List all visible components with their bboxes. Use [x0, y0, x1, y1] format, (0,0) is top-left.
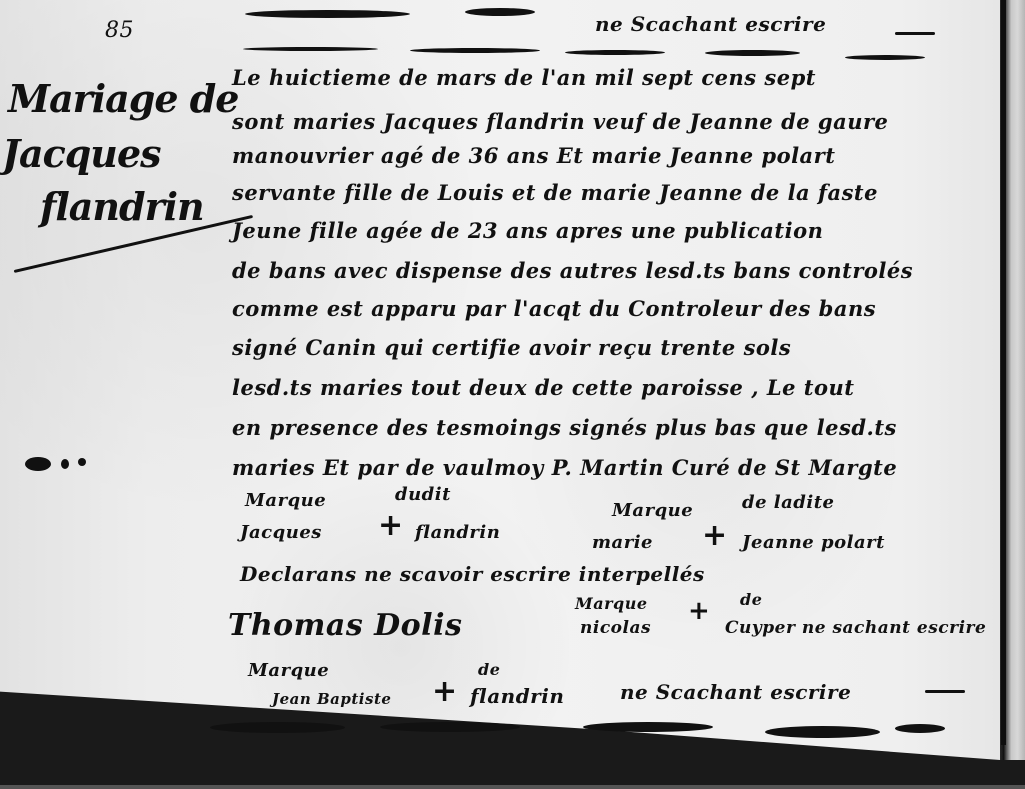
bride-last-name: Jeanne polart: [742, 532, 885, 553]
closing-dash: [210, 722, 345, 733]
closing-dash: [583, 722, 713, 732]
ink-blot: [25, 457, 51, 471]
margin-title-line-3: flandrin: [40, 188, 204, 226]
binding-edge: [1001, 0, 1006, 745]
separator-dash: [245, 10, 410, 18]
record-line: manouvrier agé de 36 ans Et marie Jeanne…: [232, 143, 835, 168]
witness-signature: Thomas Dolis: [228, 608, 462, 643]
separator-dash: [565, 50, 665, 55]
groom-first-name: Jacques: [240, 522, 322, 543]
bride-mark-label: Marque: [612, 500, 693, 521]
witness-2-cross-mark: +: [688, 596, 710, 626]
witness-2-mark-label: Marque: [575, 594, 648, 613]
witness-3-cross-mark: +: [432, 674, 458, 709]
ink-blot: [61, 459, 69, 469]
groom-cross-mark: +: [378, 508, 404, 543]
separator-dash: [243, 47, 378, 51]
margin-title-line-1: Mariage de: [8, 80, 239, 118]
witness-3-first-name: Jean Baptiste: [272, 690, 391, 708]
carryover-text: ne Scachant escrire: [595, 12, 826, 36]
witness-3-mark-label: Marque: [248, 660, 329, 681]
separator-dash: [705, 50, 800, 56]
record-line: maries Et par de vaulmoy P. Martin Curé …: [232, 455, 897, 480]
bride-cross-mark: +: [702, 518, 728, 553]
record-line: servante fille de Louis et de marie Jean…: [232, 180, 878, 205]
witness-3-last-name: flandrin: [470, 684, 564, 708]
record-line: de bans avec dispense des autres lesd.ts…: [232, 258, 913, 283]
witness-3-de: de: [478, 660, 500, 679]
record-line: comme est apparu par l'acqt du Controleu…: [232, 296, 876, 321]
closing-dash: [895, 724, 945, 733]
witness-2-last-name: Cuyper ne sachant escrire: [725, 618, 986, 638]
separator-dash: [465, 8, 535, 16]
witness-3-note: ne Scachant escrire: [620, 680, 851, 704]
witness-2-first-name: nicolas: [580, 618, 651, 638]
bride-first-name: marie: [592, 532, 653, 553]
line-flourish: [925, 690, 965, 693]
document-viewer: ne Scachant escrire 85 Mariage de Jacque…: [0, 0, 1025, 789]
line-flourish: [895, 32, 935, 35]
ink-blot: [78, 458, 86, 466]
groom-mark-dit: dudit: [395, 484, 451, 505]
declaration-line: Declarans ne scavoir escrire interpellés: [240, 562, 705, 586]
record-line: Le huictieme de mars de l'an mil sept ce…: [232, 65, 816, 90]
witness-2-de: de: [740, 590, 762, 609]
closing-dash: [380, 722, 520, 732]
record-line: signé Canin qui certifie avoir reçu tren…: [232, 335, 791, 360]
viewer-bottom-edge: [0, 785, 1025, 789]
bride-mark-dit: de ladite: [742, 492, 835, 513]
record-line: sont maries Jacques flandrin veuf de Jea…: [232, 109, 888, 134]
record-line: en presence des tesmoings signés plus ba…: [232, 415, 897, 440]
entry-number: 85: [105, 18, 134, 43]
separator-dash: [845, 55, 925, 60]
record-line: lesd.ts maries tout deux de cette parois…: [232, 375, 854, 400]
separator-dash: [410, 48, 540, 53]
margin-title-line-2: Jacques: [2, 135, 161, 173]
groom-mark-label: Marque: [245, 490, 326, 511]
groom-last-name: flandrin: [415, 522, 500, 543]
record-line: Jeune fille agée de 23 ans apres une pub…: [232, 218, 823, 243]
closing-dash: [765, 726, 880, 738]
